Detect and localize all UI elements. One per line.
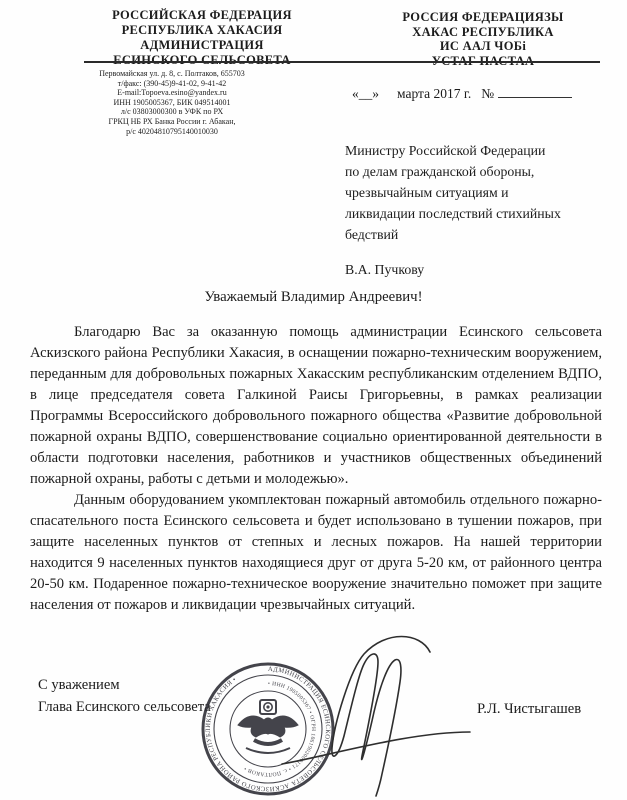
body-paragraph-1: Благодарю Вас за оказанную помощь админи… bbox=[30, 322, 602, 490]
letterhead-khakas: РОССИЯ ФЕДЕРАЦИЯЗЫ ХАКАС РЕСПУБЛИКА ИС А… bbox=[352, 10, 614, 68]
addressee-name: В.А. Пучкову bbox=[345, 259, 613, 280]
signer-position: Глава Есинского сельсовета bbox=[38, 699, 211, 716]
inn-bik-line: ИНН 1905005367, БИК 049514001 bbox=[32, 98, 312, 108]
personal-account-line: л/с 03803000300 в УФК по РХ bbox=[32, 107, 312, 117]
number-label: № bbox=[481, 86, 494, 101]
letterhead-line: РЕСПУБЛИКА ХАКАСИЯ bbox=[68, 23, 336, 38]
addressee-line: Министру Российской Федерации bbox=[345, 140, 613, 161]
number-blank-underline bbox=[498, 84, 572, 98]
closing-regards: С уважением bbox=[38, 677, 120, 694]
letter-body: Благодарю Вас за оказанную помощь админи… bbox=[30, 322, 602, 616]
phone-fax-line: т/факс: (390-45)9-41-02, 9-41-42 bbox=[32, 79, 312, 89]
sender-requisites: Первомайская ул. д. 8, с. Полтаков, 6557… bbox=[32, 69, 312, 136]
address-line: Первомайская ул. д. 8, с. Полтаков, 6557… bbox=[32, 69, 312, 79]
addressee-line: по делам гражданской обороны, bbox=[345, 161, 613, 182]
settlement-account-line: р/с 40204810795140010030 bbox=[32, 127, 312, 137]
letterhead-russian: РОССИЙСКАЯ ФЕДЕРАЦИЯ РЕСПУБЛИКА ХАКАСИЯ … bbox=[68, 8, 336, 68]
letterhead-line: РОССИЙСКАЯ ФЕДЕРАЦИЯ bbox=[68, 8, 336, 23]
date-day-blank: «__» bbox=[352, 86, 379, 101]
addressee-line: чрезвычайным ситуациям и bbox=[345, 182, 613, 203]
date-number-line: «__»марта 2017 г.№ bbox=[352, 84, 612, 102]
date-month-year: марта 2017 г. bbox=[397, 86, 471, 101]
letterhead-line: ХАКАС РЕСПУБЛИКА bbox=[352, 25, 614, 40]
letterhead-divider-rule bbox=[84, 61, 600, 63]
signer-name: Р.Л. Чистыгашев bbox=[477, 701, 581, 718]
scanned-letter-page: РОССИЙСКАЯ ФЕДЕРАЦИЯ РЕСПУБЛИКА ХАКАСИЯ … bbox=[0, 0, 627, 800]
letterhead-line: АДМИНИСТРАЦИЯ bbox=[68, 38, 336, 53]
addressee-line: бедствий bbox=[345, 224, 613, 245]
handwritten-signature bbox=[258, 628, 483, 800]
letterhead-line: РОССИЯ ФЕДЕРАЦИЯЗЫ bbox=[352, 10, 614, 25]
bank-line: ГРКЦ НБ РХ Банка России г. Абакан, bbox=[32, 117, 312, 127]
body-paragraph-2: Данным оборудованием укомплектован пожар… bbox=[30, 490, 602, 616]
addressee-line: ликвидации последствий стихийных bbox=[345, 203, 613, 224]
addressee-block: Министру Российской Федерации по делам г… bbox=[345, 140, 613, 280]
letterhead-line: ИС ААЛ ЧОБі bbox=[352, 39, 614, 54]
email-line: E-mail:Topoeva.esino@yandex.ru bbox=[32, 88, 312, 98]
salutation: Уважаемый Владимир Андреевич! bbox=[0, 289, 627, 306]
